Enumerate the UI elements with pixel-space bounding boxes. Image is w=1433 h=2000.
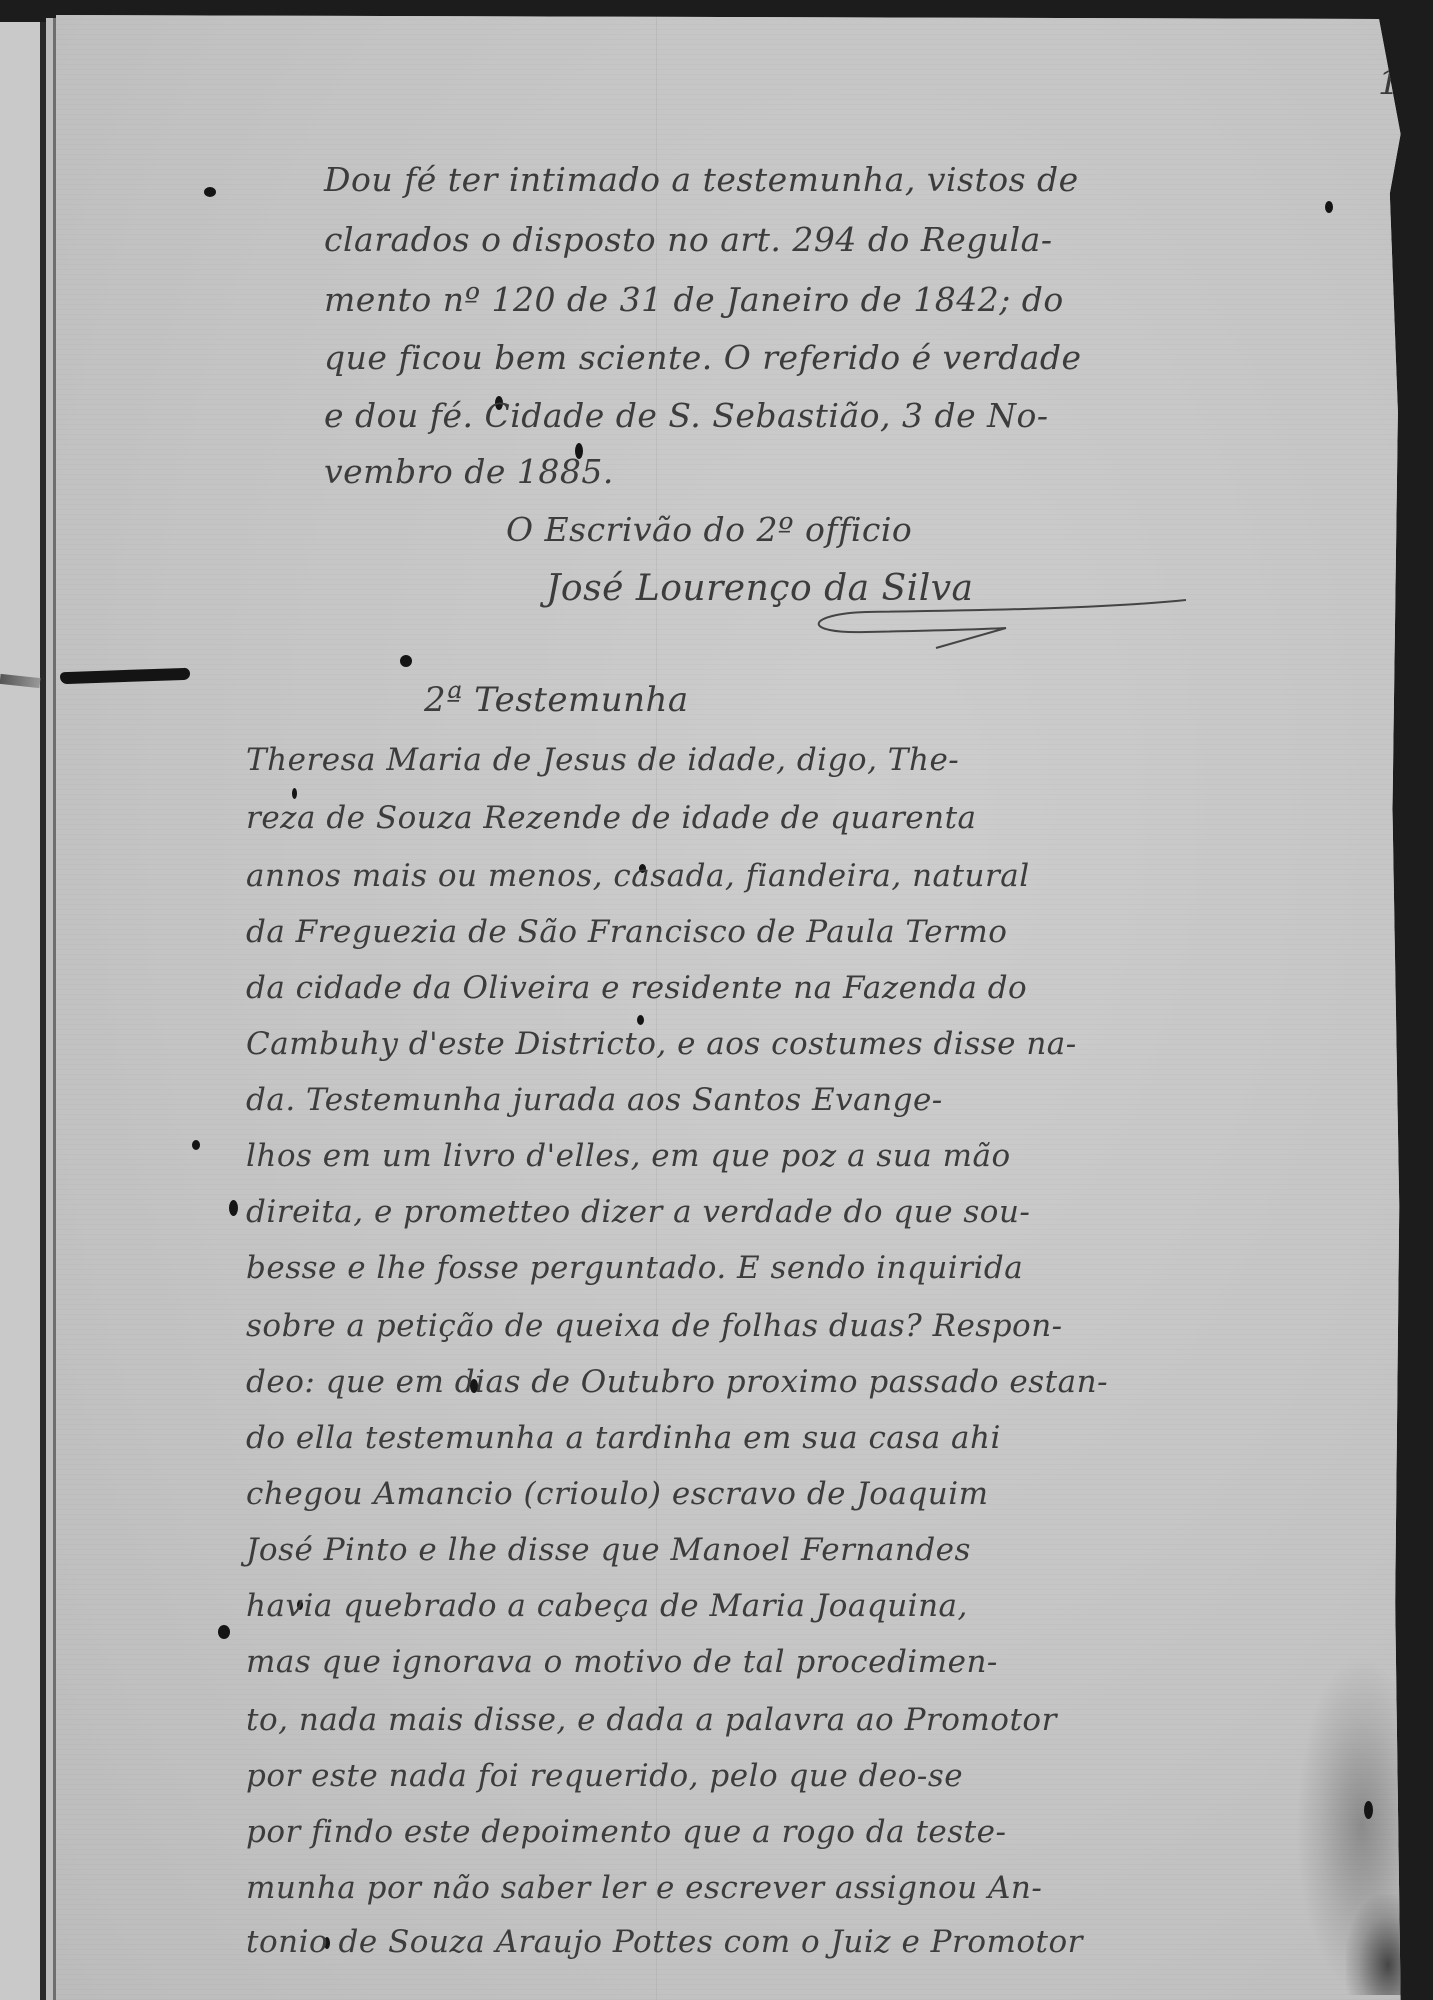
- testimony-line: to, nada mais disse, e dada a palavra ao…: [246, 1705, 1057, 1736]
- testimony-line: da cidade da Oliveira e residente na Faz…: [246, 973, 1027, 1004]
- ink-blot: [400, 655, 412, 667]
- testimony-line: mas que ignorava o motivo de tal procedi…: [246, 1647, 998, 1678]
- binding-gap: [46, 18, 53, 2000]
- ink-blot: [192, 1140, 200, 1150]
- certificate-line: vembro de 1885.: [324, 455, 614, 488]
- ink-blot: [1325, 201, 1333, 213]
- testimony-line: sobre a petição de queixa de folhas duas…: [246, 1311, 1063, 1342]
- testimony-line: direita, e prometteo dizer a verdade do …: [246, 1197, 1030, 1228]
- testimony-line: do ella testemunha a tardinha em sua cas…: [246, 1423, 1001, 1454]
- signature-title: O Escrivão do 2º officio: [506, 513, 912, 546]
- testimony-line: da. Testemunha jurada aos Santos Evange-: [246, 1085, 943, 1116]
- testimony-line: besse e lhe fosse perguntado. E sendo in…: [246, 1253, 1023, 1284]
- testimony-line: por este nada foi requerido, pelo que de…: [246, 1761, 963, 1792]
- testimony-line: Cambuhy d'este Districto, e aos costumes…: [246, 1029, 1077, 1060]
- testimony-line: por findo este depoimento que a rogo da …: [246, 1817, 1006, 1848]
- testimony-heading: 2ª Testemunha: [424, 683, 689, 717]
- ink-blot: [1364, 1801, 1373, 1819]
- previous-page-edge: [0, 22, 40, 2000]
- signature-flourish: [806, 590, 1186, 650]
- testimony-line: deo: que em dias de Outubro proximo pass…: [246, 1367, 1108, 1398]
- testimony-line: havia quebrado a cabeça de Maria Joaquin…: [246, 1591, 968, 1622]
- ink-blot: [229, 1200, 238, 1216]
- paper-stain: [1346, 1895, 1416, 1995]
- certificate-line: Dou fé ter intimado a testemunha, vistos…: [324, 163, 1079, 196]
- testimony-line: chegou Amancio (crioulo) escravo de Joaq…: [246, 1479, 989, 1510]
- testimony-line: munha por não saber ler e escrever assig…: [246, 1873, 1042, 1904]
- testimony-line: Theresa Maria de Jesus de idade, digo, T…: [246, 745, 959, 776]
- binding-line: [53, 18, 56, 2000]
- certificate-line: mento nº 120 de 31 de Janeiro de 1842; d…: [324, 283, 1064, 316]
- certificate-line: que ficou bem sciente. O referido é verd…: [324, 341, 1082, 374]
- manuscript-page: 15. Dou fé ter intimado a testemunha, vi…: [56, 15, 1406, 2000]
- testimony-line: tonio de Souza Araujo Pottes com o Juiz …: [246, 1927, 1083, 1958]
- testimony-line: José Pinto e lhe disse que Manoel Fernan…: [246, 1535, 971, 1566]
- ink-blot: [292, 788, 297, 799]
- certificate-line: e dou fé. Cidade de S. Sebastião, 3 de N…: [324, 399, 1049, 432]
- page-number: 15.: [1378, 63, 1432, 103]
- scanned-document: 15. Dou fé ter intimado a testemunha, vi…: [0, 0, 1433, 2000]
- ink-blot: [218, 1625, 230, 1639]
- testimony-line: da Freguezia de São Francisco de Paula T…: [246, 917, 1007, 948]
- testimony-line: lhos em um livro d'elles, em que poz a s…: [246, 1141, 1011, 1172]
- testimony-line: reza de Souza Rezende de idade de quaren…: [246, 803, 977, 834]
- testimony-line: annos mais ou menos, casada, fiandeira, …: [246, 861, 1030, 892]
- certificate-line: clarados o disposto no art. 294 do Regul…: [324, 223, 1053, 256]
- ink-blot: [204, 187, 216, 197]
- ink-blot: [637, 1015, 644, 1025]
